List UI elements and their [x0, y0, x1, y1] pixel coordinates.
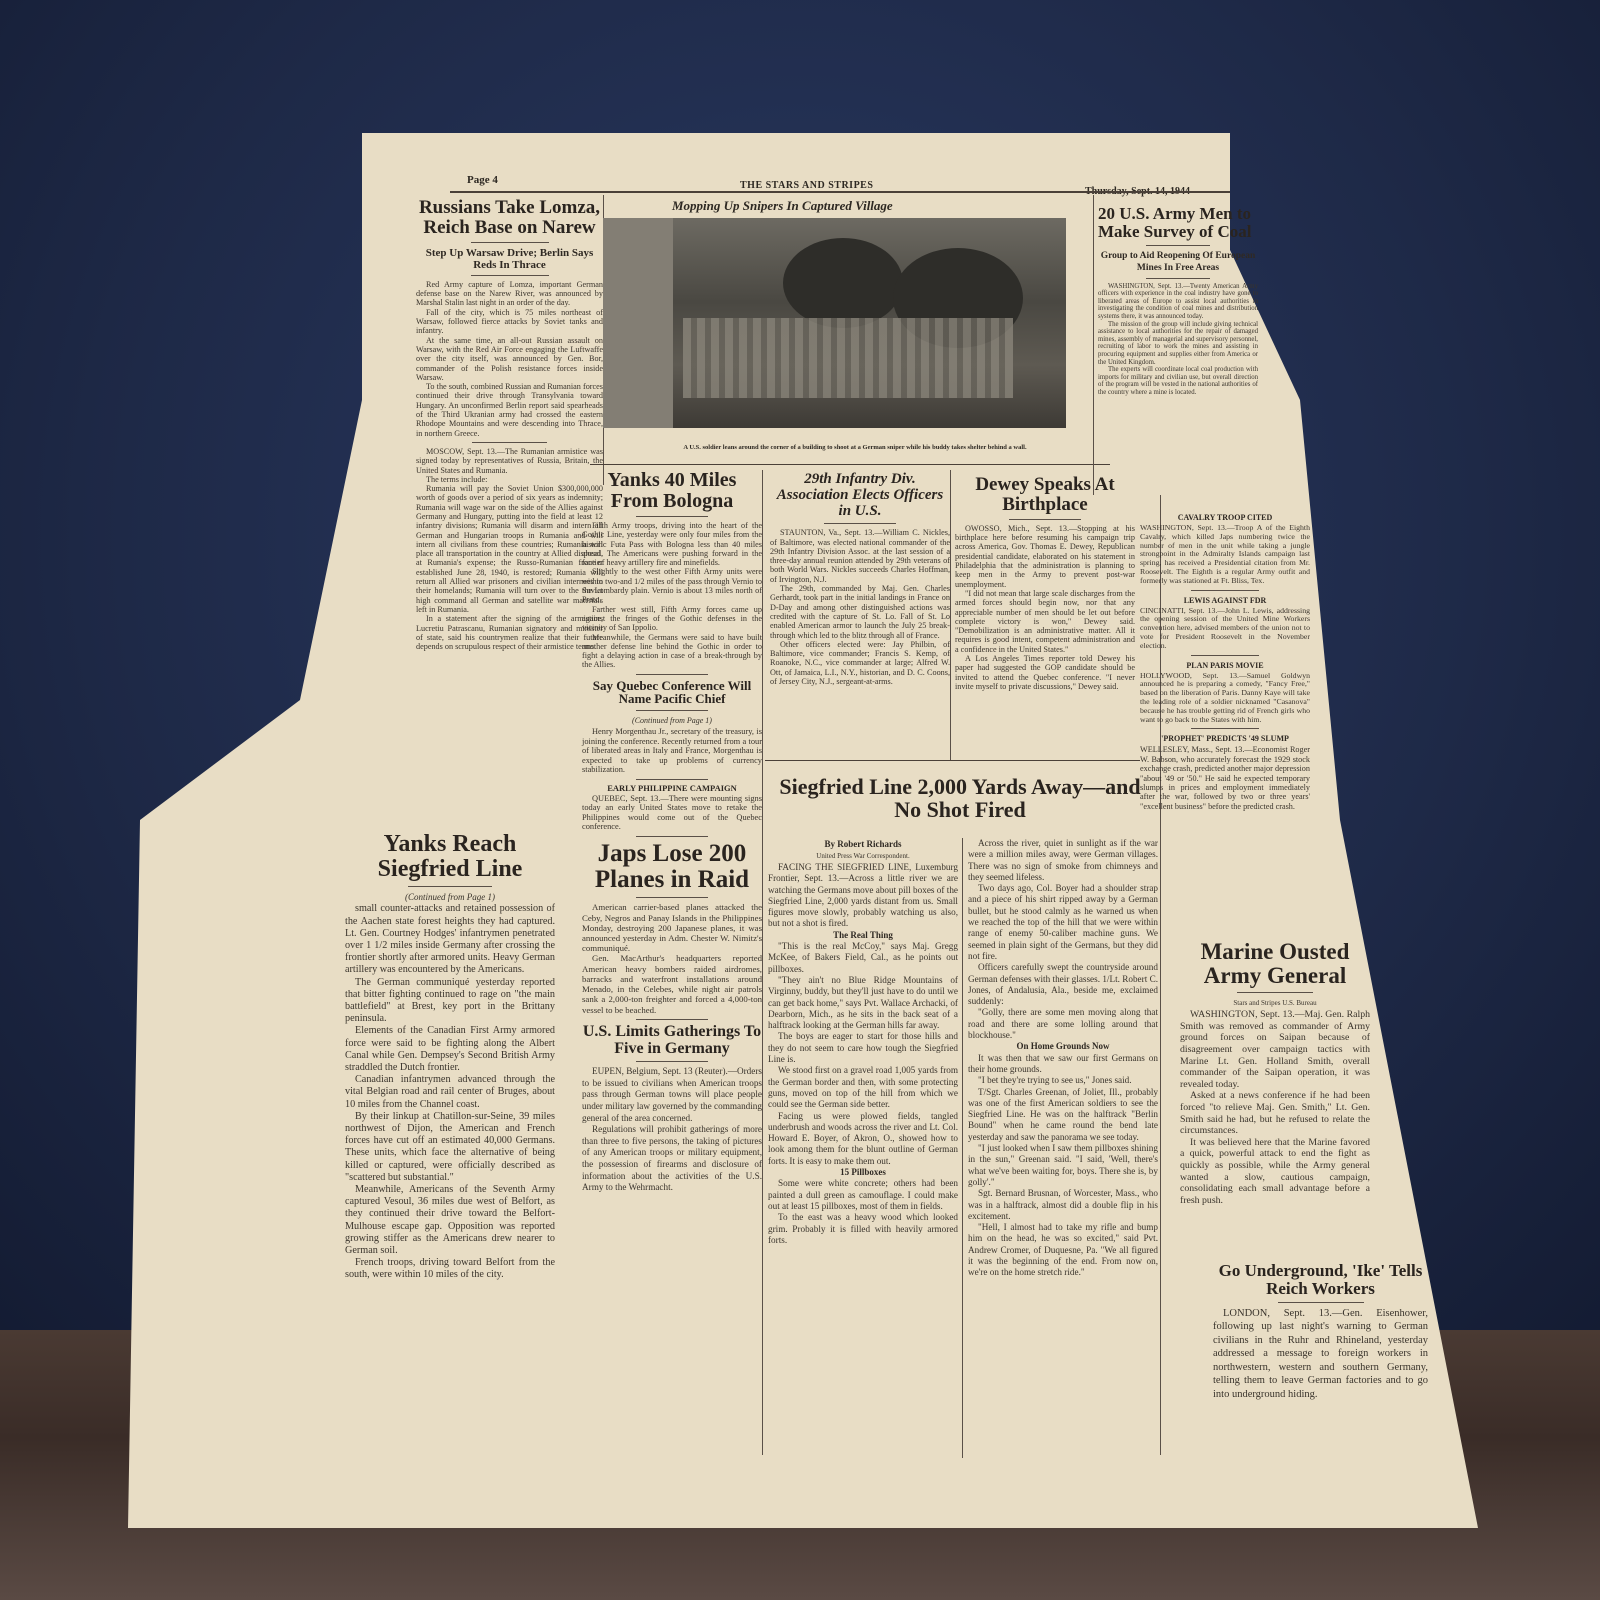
brief-item: LEWIS AGAINST FDR CINCINATTI, Sept. 13.—…	[1140, 595, 1310, 651]
column-rule	[950, 470, 951, 760]
article-dewey: Dewey Speaks At Birthplace OWOSSO, Mich.…	[955, 475, 1135, 691]
article-marine: Marine Ousted Army General Stars and Str…	[1180, 940, 1370, 1206]
headline: Yanks 40 Miles From Bologna	[582, 470, 762, 512]
siegfried-headline: Siegfried Line 2,000 Yards Away—and No S…	[770, 775, 1150, 821]
photo-headline: Mopping Up Snipers In Captured Village	[672, 198, 893, 214]
japs-headline: Japs Lose 200 Planes in Raid	[582, 841, 762, 894]
article-bologna: Yanks 40 Miles From Bologna Fifth Army t…	[582, 470, 762, 1194]
headline: Marine Ousted Army General	[1180, 940, 1370, 988]
article-siegfried-col2: Across the river, quiet in sunlight as i…	[968, 838, 1158, 1279]
newspaper-title: THE STARS AND STRIPES	[740, 180, 873, 191]
headline: 20 U.S. Army Men to Make Survey of Coal	[1098, 205, 1258, 241]
photo-caption: A U.S. soldier leans around the corner o…	[610, 444, 1100, 452]
headline: Russians Take Lomza, Reich Base on Narew	[412, 198, 607, 238]
article-russians: Russians Take Lomza, Reich Base on Narew…	[412, 198, 607, 651]
body: small counter-attacks and retained posse…	[345, 903, 555, 1281]
headline: Go Underground, 'Ike' Tells Reich Worker…	[1213, 1262, 1428, 1298]
article-ike: Go Underground, 'Ike' Tells Reich Worker…	[1213, 1262, 1428, 1401]
headline: Dewey Speaks At Birthplace	[955, 475, 1135, 515]
newspaper-page: Page 4 THE STARS AND STRIPES Thursday, S…	[0, 0, 1600, 1600]
brief-item: CAVALRY TROOP CITED WASHINGTON, Sept. 13…	[1140, 512, 1310, 586]
masthead-rule	[450, 191, 1230, 193]
article-siegfried-col1: By Robert Richards United Press War Corr…	[768, 838, 958, 1246]
photo-soldier-sniper	[603, 218, 1066, 428]
brief-item: PLAN PARIS MOVIE HOLLYWOOD, Sept. 13.—Sa…	[1140, 660, 1310, 725]
article-29th-infantry: 29th Infantry Div. Association Elects Of…	[770, 472, 950, 686]
headline: Yanks Reach Siegfried Line	[375, 832, 525, 882]
subhead: Step Up Warsaw Drive; Berlin Says Reds I…	[424, 247, 595, 271]
body: Red Army capture of Lomza, important Ger…	[412, 280, 607, 652]
brief-item: 'PROPHET' PREDICTS '49 SLUMP WELLESLEY, …	[1140, 733, 1310, 811]
body: Fifth Army troops, driving into the hear…	[582, 521, 762, 670]
news-briefs: CAVALRY TROOP CITED WASHINGTON, Sept. 13…	[1140, 512, 1310, 811]
page-number: Page 4	[467, 174, 498, 186]
quebec-headline: Say Quebec Conference Will Name Pacific …	[582, 679, 762, 706]
article-yanks-reach: Yanks Reach Siegfried Line (Continued fr…	[345, 832, 555, 1282]
article-coal: 20 U.S. Army Men to Make Survey of Coal …	[1098, 205, 1258, 397]
column-rule	[762, 470, 763, 1455]
headline: 29th Infantry Div. Association Elects Of…	[770, 472, 950, 519]
gatherings-headline: U.S. Limits Gatherings To Five in German…	[582, 1024, 762, 1058]
